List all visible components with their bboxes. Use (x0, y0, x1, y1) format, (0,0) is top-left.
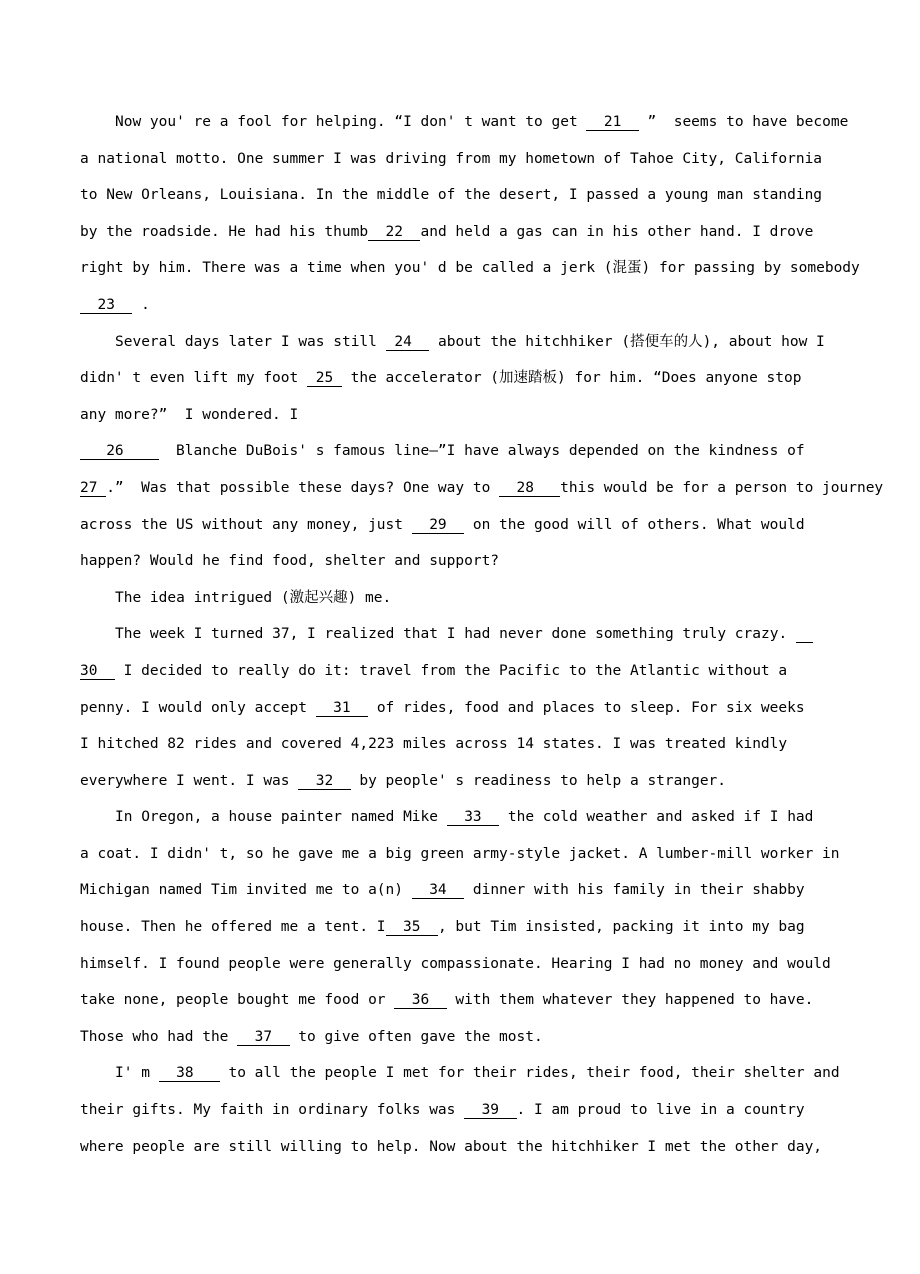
text-line-25: take none, people bought me food or 36 w… (80, 982, 916, 1019)
text-segment: , but Tim insisted, packing it into my b… (438, 919, 805, 935)
text-segment: everywhere I went. I was (80, 773, 298, 789)
text-line-13: happen? Would he find food, shelter and … (80, 543, 916, 580)
text-segment: right by him. There was a time when you'… (80, 260, 860, 276)
cloze-blank-24: 24 (386, 334, 430, 351)
text-segment: any more?” I wondered. I (80, 407, 298, 423)
text-segment: across the US without any money, just (80, 517, 412, 533)
text-segment: Blanche DuBois' s famous line—”I have al… (159, 443, 805, 459)
text-line-2: a national motto. One summer I was drivi… (80, 141, 916, 178)
document-page: Now you' re a fool for helping. “I don' … (0, 0, 920, 1274)
cloze-blank-35: 35 (386, 919, 438, 936)
text-segment: I hitched 82 rides and covered 4,223 mil… (80, 736, 787, 752)
text-segment: the cold weather and asked if I had (499, 809, 813, 825)
text-segment: by the roadside. He had his thumb (80, 224, 368, 240)
cloze-blank-34: 34 (412, 882, 464, 899)
text-line-1: Now you' re a fool for helping. “I don' … (80, 104, 916, 141)
cloze-blank-31: 31 (316, 700, 368, 717)
text-line-9: any more?” I wondered. I (80, 397, 916, 434)
cloze-blank-23: 23 (80, 297, 132, 314)
cloze-blank-28: 28 (499, 480, 560, 497)
text-segment: their gifts. My faith in ordinary folks … (80, 1102, 464, 1118)
cloze-blank-38: 38 (159, 1065, 220, 1082)
text-segment: and held a gas can in his other hand. I … (420, 224, 813, 240)
cloze-blank-25: 25 (307, 370, 342, 387)
cloze-blank-30 (796, 626, 813, 643)
text-segment: with them whatever they happened to have… (447, 992, 814, 1008)
text-line-24: himself. I found people were generally c… (80, 946, 916, 983)
text-segment: the accelerator (加速踏板) for him. “Does an… (342, 370, 802, 386)
text-segment: of rides, food and places to sleep. For … (368, 700, 805, 716)
cloze-blank-27: 27 (80, 480, 106, 497)
text-segment: The week I turned 37, I realized that I … (115, 626, 796, 642)
text-segment: house. Then he offered me a tent. I (80, 919, 386, 935)
text-line-10: 26 Blanche DuBois' s famous line—”I have… (80, 433, 916, 470)
text-line-5: right by him. There was a time when you'… (80, 250, 916, 287)
text-line-11: 27 .” Was that possible these days? One … (80, 470, 916, 507)
text-segment: I' m (115, 1065, 159, 1081)
text-segment: about the hitchhiker (搭便车的人), about how … (429, 334, 825, 350)
text-line-18: I hitched 82 rides and covered 4,223 mil… (80, 726, 916, 763)
cloze-blank-39: 39 (464, 1102, 516, 1119)
text-segment: didn' t even lift my foot (80, 370, 307, 386)
text-segment: on the good will of others. What would (464, 517, 804, 533)
text-segment: to give often gave the most. (290, 1029, 543, 1045)
text-segment: . (132, 297, 149, 313)
text-line-23: house. Then he offered me a tent. I 35 ,… (80, 909, 916, 946)
text-segment: happen? Would he find food, shelter and … (80, 553, 499, 569)
text-segment: . I am proud to live in a country (517, 1102, 805, 1118)
text-line-4: by the roadside. He had his thumb 22 and… (80, 214, 916, 251)
text-line-12: across the US without any money, just 29… (80, 507, 916, 544)
text-segment: Those who had the (80, 1029, 237, 1045)
text-segment: dinner with his family in their shabby (464, 882, 804, 898)
text-segment: himself. I found people were generally c… (80, 956, 831, 972)
cloze-blank-33: 33 (447, 809, 499, 826)
text-line-6: 23 . (80, 287, 916, 324)
cloze-blank-22: 22 (368, 224, 420, 241)
text-segment: Now you' re a fool for helping. “I don' … (115, 114, 586, 130)
cloze-blank-32: 32 (298, 773, 350, 790)
cloze-blank-37: 37 (237, 1029, 289, 1046)
text-segment: a national motto. One summer I was drivi… (80, 151, 822, 167)
cloze-blank-29: 29 (412, 517, 464, 534)
text-line-28: their gifts. My faith in ordinary folks … (80, 1092, 916, 1129)
text-segment: The idea intrigued (激起兴趣) me. (115, 590, 391, 606)
cloze-blank-30: 30 (80, 663, 115, 680)
cloze-blank-36: 36 (394, 992, 446, 1009)
text-segment: Michigan named Tim invited me to a(n) (80, 882, 412, 898)
text-line-22: Michigan named Tim invited me to a(n) 34… (80, 872, 916, 909)
text-line-14: The idea intrigued (激起兴趣) me. (80, 580, 916, 617)
cloze-blank-21: 21 (586, 114, 638, 131)
text-segment: penny. I would only accept (80, 700, 316, 716)
text-segment: to all the people I met for their rides,… (220, 1065, 840, 1081)
text-line-20: In Oregon, a house painter named Mike 33… (80, 799, 916, 836)
text-line-21: a coat. I didn' t, so he gave me a big g… (80, 836, 916, 873)
text-line-8: didn' t even lift my foot 25 the acceler… (80, 360, 916, 397)
text-segment: ” seems to have become (639, 114, 849, 130)
text-segment: this would be for a person to journey (560, 480, 883, 496)
text-segment: where people are still willing to help. … (80, 1139, 822, 1155)
text-segment: a coat. I didn' t, so he gave me a big g… (80, 846, 840, 862)
text-line-29: where people are still willing to help. … (80, 1129, 916, 1166)
text-segment: In Oregon, a house painter named Mike (115, 809, 447, 825)
text-line-3: to New Orleans, Louisiana. In the middle… (80, 177, 916, 214)
text-line-19: everywhere I went. I was 32 by people' s… (80, 763, 916, 800)
text-line-15: The week I turned 37, I realized that I … (80, 616, 916, 653)
text-line-7: Several days later I was still 24 about … (80, 324, 916, 361)
text-line-16: 30 I decided to really do it: travel fro… (80, 653, 916, 690)
text-segment: take none, people bought me food or (80, 992, 394, 1008)
text-segment: .” Was that possible these days? One way… (106, 480, 499, 496)
cloze-blank-26: 26 (80, 443, 159, 460)
text-segment: Several days later I was still (115, 334, 386, 350)
text-segment: by people' s readiness to help a strange… (351, 773, 726, 789)
text-line-26: Those who had the 37 to give often gave … (80, 1019, 916, 1056)
text-segment: I decided to really do it: travel from t… (115, 663, 787, 679)
text-line-27: I' m 38 to all the people I met for thei… (80, 1055, 916, 1092)
text-line-17: penny. I would only accept 31 of rides, … (80, 690, 916, 727)
text-segment: to New Orleans, Louisiana. In the middle… (80, 187, 822, 203)
